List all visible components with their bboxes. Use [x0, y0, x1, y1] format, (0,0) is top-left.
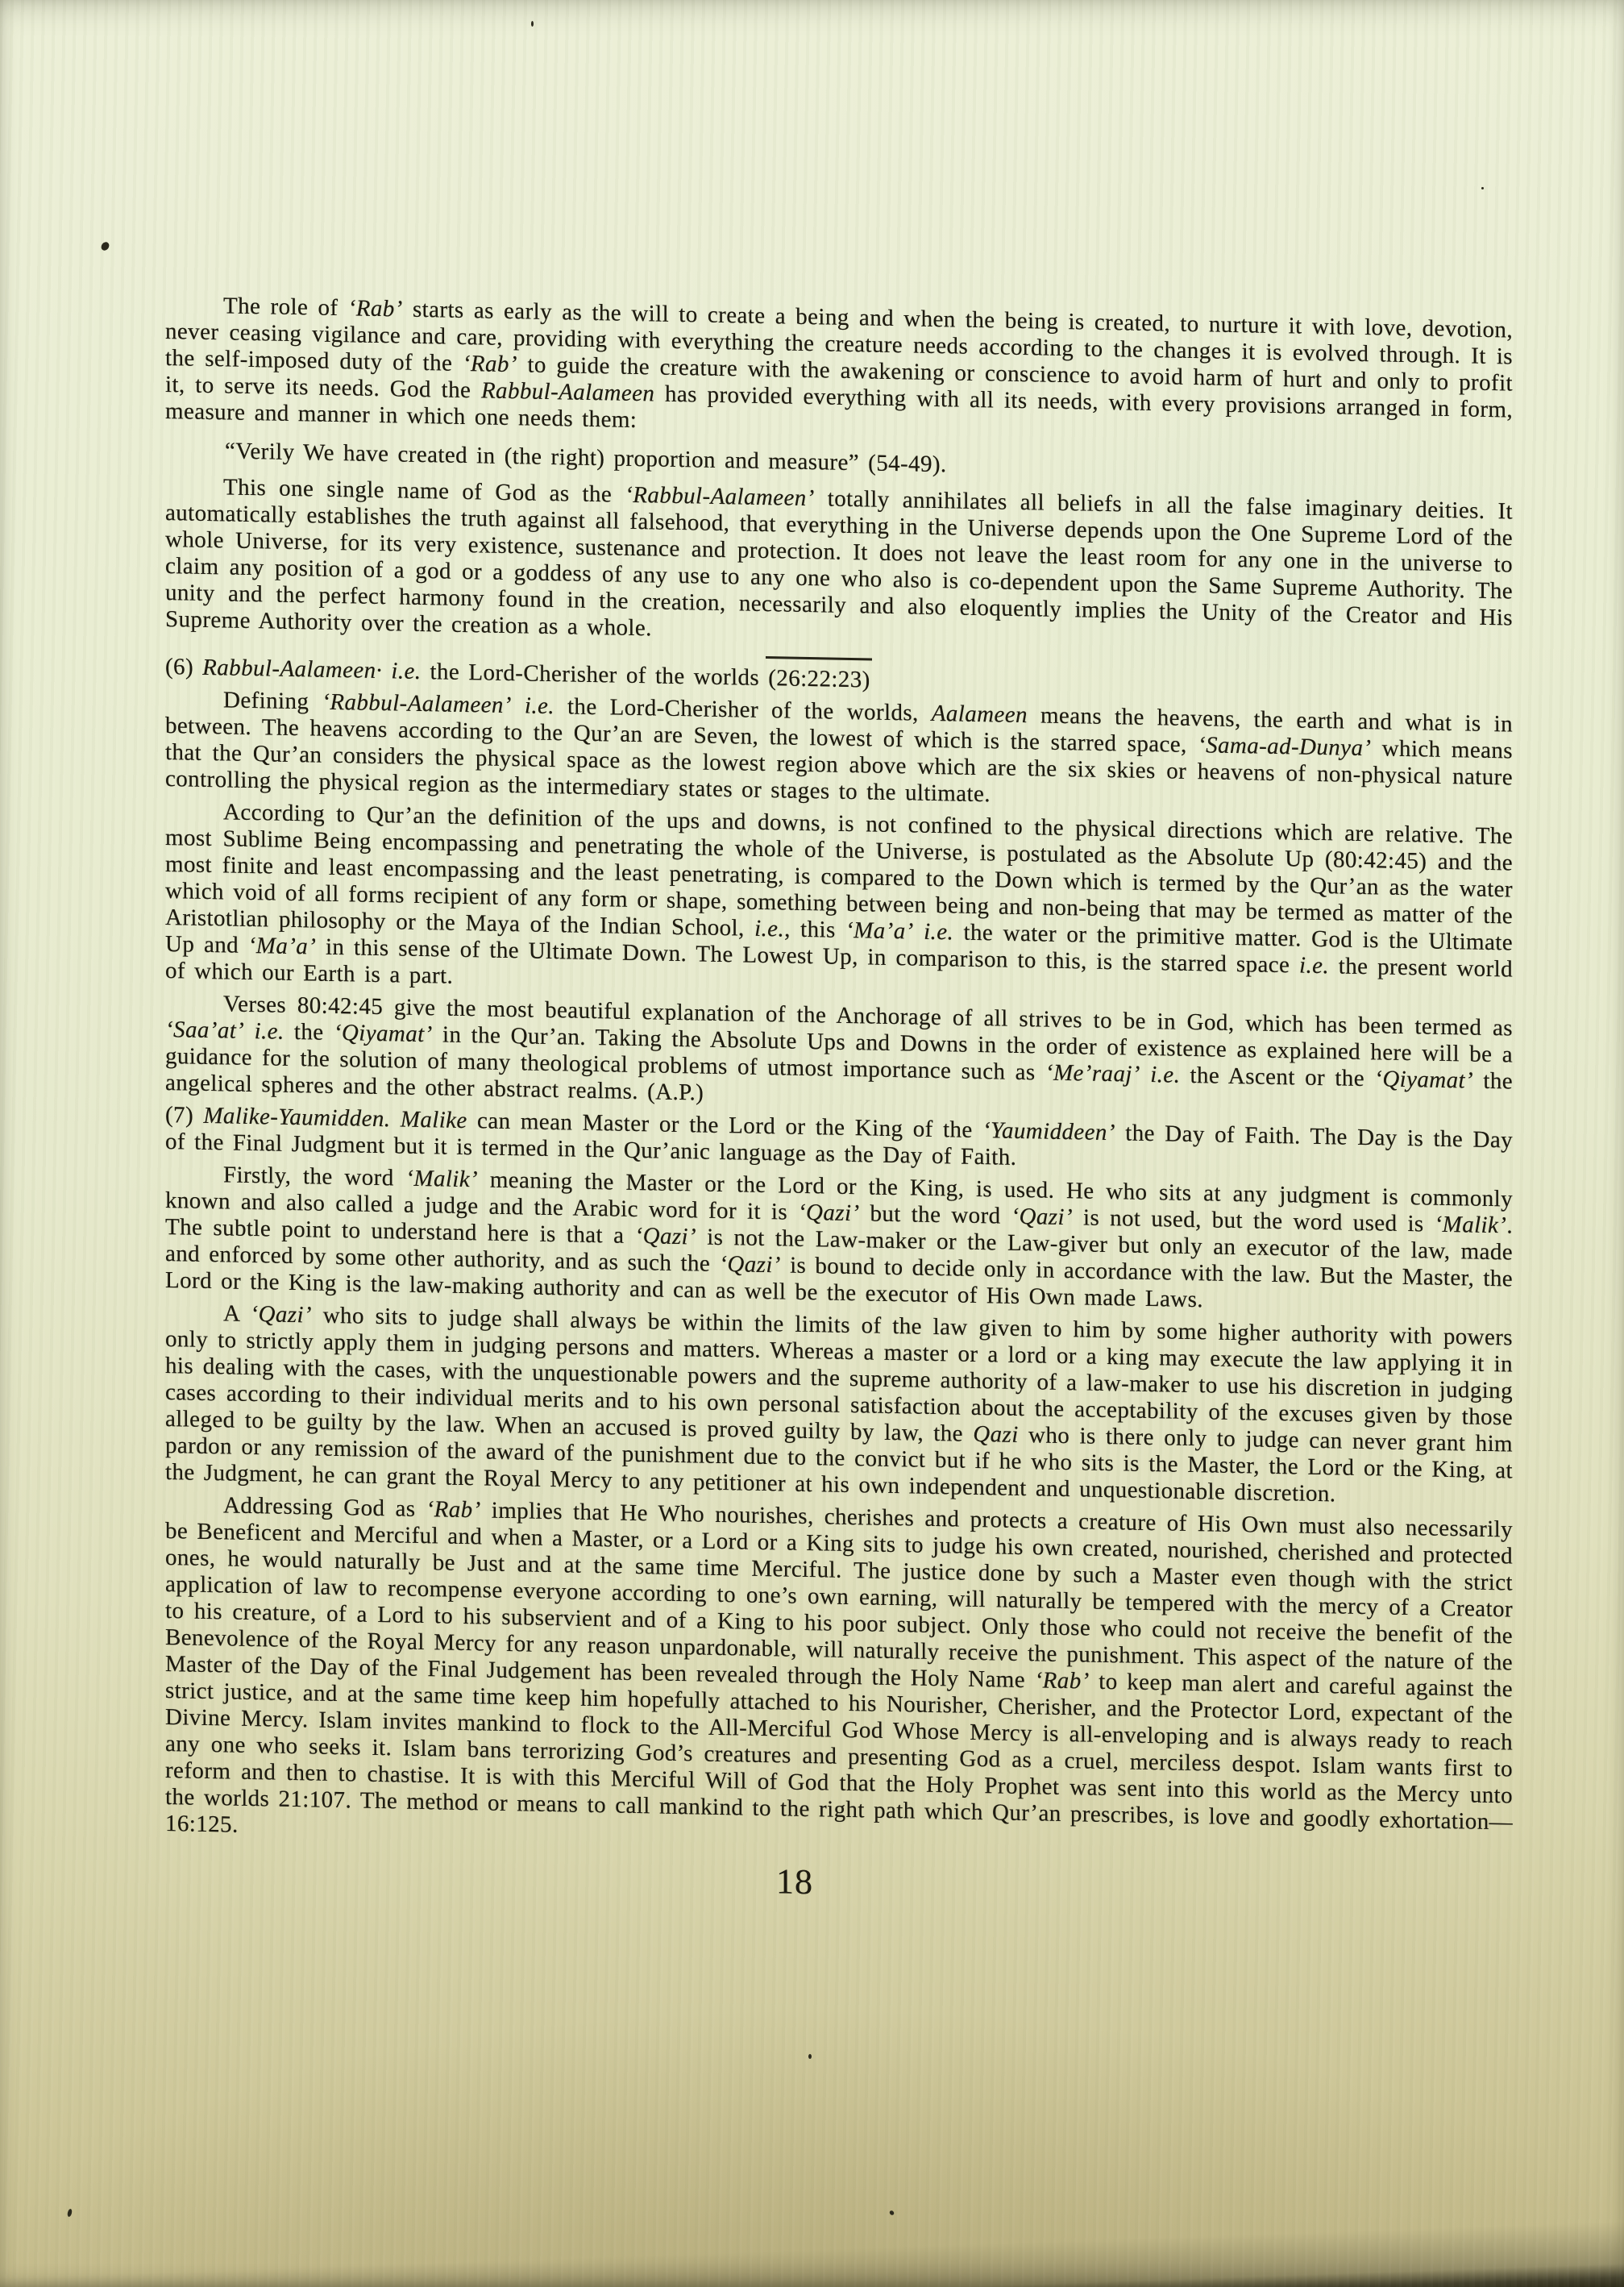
text-run: ‘Me’raaj’: [1045, 1060, 1140, 1087]
paragraph: This one single name of God as the ‘Rabb…: [165, 473, 1513, 659]
text-run: totally annihilates all beliefs in all t…: [165, 485, 1513, 641]
text-run: i.e.: [924, 919, 953, 946]
text-run: the: [285, 1019, 334, 1046]
text-run: Firstly, the word: [223, 1162, 405, 1191]
text-run: i.e.: [255, 1018, 285, 1045]
paragraph: The role of ‘Rab’ starts as early as the…: [165, 292, 1513, 451]
text-run: Qazi: [973, 1421, 1018, 1448]
text-run: [1140, 1062, 1150, 1087]
text-run: (6): [165, 654, 202, 680]
text-run: A: [223, 1300, 250, 1327]
text-run: ‘Malik’: [405, 1166, 478, 1193]
text-run: ‘Rab’: [463, 351, 517, 377]
text-run: ‘Qazi’: [798, 1200, 860, 1226]
text-run: ‘Qazi’: [635, 1223, 697, 1250]
paragraph: According to Qur’an the definition of th…: [165, 798, 1513, 1010]
text-run: ‘Rab’: [426, 1496, 481, 1523]
text-run: Malike-Yaumidden. Malike: [203, 1103, 467, 1133]
ink-speck: [1481, 187, 1484, 189]
text-run: ‘Qiyamat’: [334, 1020, 433, 1047]
text-run: “Verily We have created in (the right) p…: [225, 438, 947, 477]
text-run: ‘Rab’: [1035, 1667, 1090, 1694]
paragraph: Verses 80:42:45 give the most beautiful …: [165, 990, 1513, 1122]
text-run: ‘Saa’at’: [165, 1017, 244, 1044]
text-run: but the word: [860, 1200, 1011, 1229]
text-run: ‘Sama-ad-Dunya’: [1198, 732, 1371, 761]
text-run: ‘Qazi’: [250, 1301, 312, 1328]
text-run: to keep man alert and careful against th…: [165, 1669, 1513, 1838]
text-run: [914, 919, 924, 945]
text-run: ‘Rabbul-Aalameen’: [322, 689, 512, 718]
text-run: ‘Malik’: [1435, 1212, 1507, 1239]
text-run: i.e.: [754, 916, 784, 942]
text-run: ‘Qiyamat’: [1374, 1066, 1473, 1093]
text-run: (7): [165, 1102, 203, 1129]
text-run: [244, 1018, 254, 1044]
text-run: Aalameen: [932, 701, 1028, 728]
text-run: ‘Rabbul-Aalameen’: [625, 482, 815, 511]
text-run: Rabbul-Aalameen: [481, 377, 654, 406]
paragraph: Firstly, the word ‘Malik’ meaning the Ma…: [165, 1161, 1513, 1320]
section-divider: [766, 656, 872, 660]
text-run: ‘Ma’a’: [248, 933, 317, 960]
text-run: who sits to judge shall always be within…: [165, 1302, 1513, 1446]
text-run: ‘Qazi’: [719, 1251, 781, 1278]
paragraph: A ‘Qazi’ who sits to judge shall always …: [165, 1299, 1513, 1511]
text-run: i.e.: [525, 692, 554, 719]
text-run: [512, 692, 525, 718]
text-run: i.e.: [1299, 953, 1329, 979]
text-run: ‘Ma’a’: [845, 917, 914, 945]
text-run: ‘Qazi’: [1011, 1204, 1074, 1230]
text-run: Addressing God as: [223, 1492, 426, 1522]
text-run: the Lord-Cherisher of the worlds (26:22:…: [421, 659, 870, 693]
ink-speck: [531, 21, 534, 27]
text-run: ‘Yaumiddeen’: [982, 1117, 1115, 1146]
text-run: ‘Rab’: [348, 295, 403, 322]
text-run: implies that He Who nourishes, cherishes…: [165, 1497, 1513, 1693]
paragraph: Defining ‘Rabbul-Aalameen’ i.e. the Lord…: [165, 686, 1513, 818]
text-run: [382, 658, 391, 684]
paragraph: Addressing God as ‘Rab’ implies that He …: [165, 1491, 1513, 1863]
text-run: The role of: [223, 293, 348, 321]
text-run: i.e.: [391, 658, 421, 684]
text-run: the Ascent or the: [1180, 1062, 1374, 1092]
text-run: Rabbul-Aalameen·: [202, 655, 382, 684]
text-run: i.e.: [1150, 1062, 1180, 1088]
ink-speck: [808, 2054, 812, 2059]
text-run: , this: [784, 916, 845, 942]
text-block: The role of ‘Rab’ starts as early as the…: [165, 292, 1513, 1916]
text-run: Defining: [223, 687, 322, 714]
